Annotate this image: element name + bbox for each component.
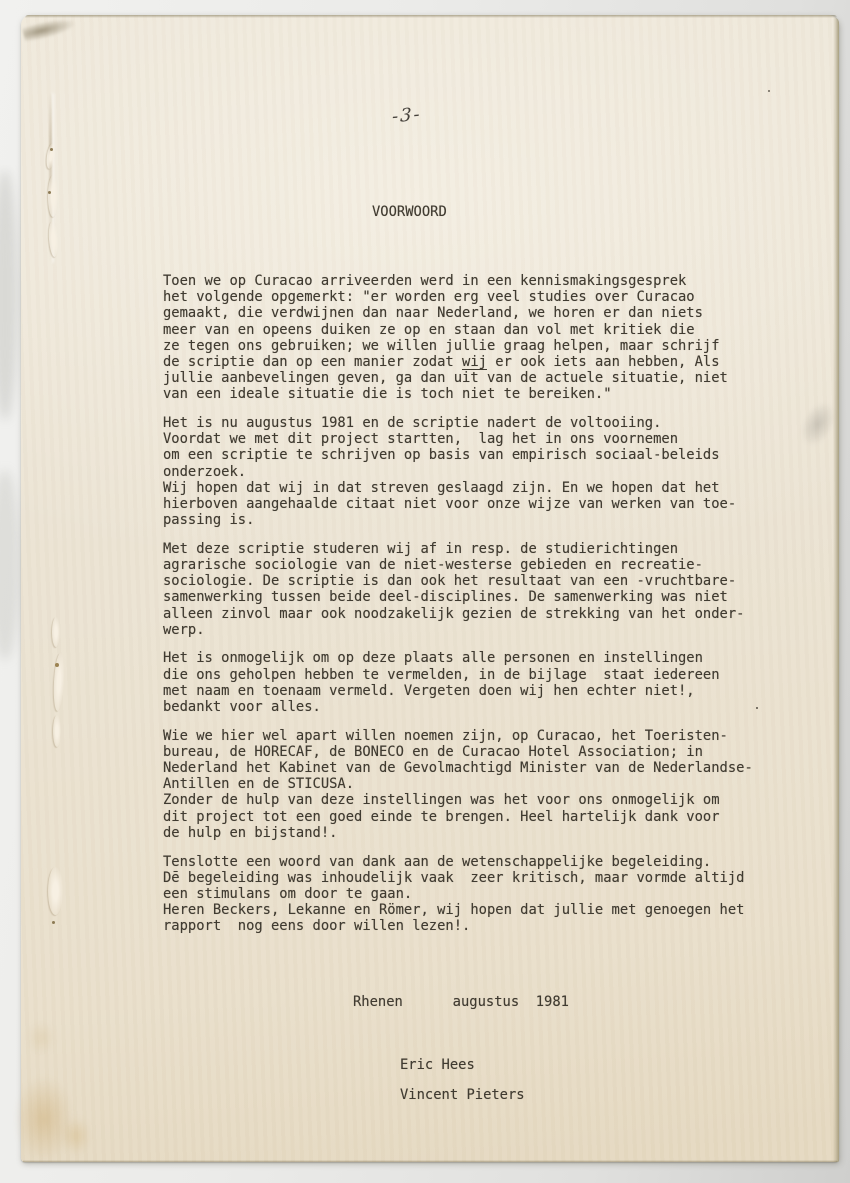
text-segment: er ook iets aan hebben, Als: [487, 354, 720, 370]
text-line: Voordat we met dit project startten, lag…: [163, 431, 783, 447]
ink-speck: [50, 148, 53, 151]
text-line: van een ideale situatie die is toch niet…: [163, 386, 783, 402]
text-line: werp.: [163, 622, 783, 638]
text-line: gemaakt, die verdwijnen dan naar Nederla…: [163, 305, 783, 321]
page-edge-top: [25, 15, 837, 18]
text-line: sociologie. De scriptie is dan ook het r…: [163, 573, 783, 589]
text-line: ze tegen ons gebruiken; we willen jullie…: [163, 338, 783, 354]
text-line: Wij hopen dat wij in dat streven geslaag…: [163, 480, 783, 496]
text-line: dit project tot een goed einde te brenge…: [163, 809, 783, 825]
text-line: de scriptie dan op een manier zodat wij …: [163, 354, 783, 370]
place-date-line: Rhenen augustus 1981: [353, 994, 569, 1010]
text-line: Heren Beckers, Lekanne en Römer, wij hop…: [163, 902, 783, 918]
text-line: onderzoek.: [163, 464, 783, 480]
text-segment: de scriptie dan op een manier zodat: [163, 354, 462, 370]
text-line: samenwerking tussen beide deel-disciplin…: [163, 589, 783, 605]
paper-stain: [27, 1021, 55, 1055]
section-title: VOORWOORD: [372, 204, 447, 220]
text-line: om een scriptie te schrijven op basis va…: [163, 447, 783, 463]
text-line: meer van en opeens duiken ze op en staan…: [163, 322, 783, 338]
text-line: Dē begeleiding was inhoudelijk vaak zeer…: [163, 870, 783, 886]
text-line: die ons geholpen hebben te vermelden, in…: [163, 667, 783, 683]
text-line: Antillen en de STICUSA.: [163, 776, 783, 792]
page-edge-bottom: [23, 1160, 837, 1162]
paragraph: Met deze scriptie studeren wij af in res…: [163, 541, 783, 638]
corner-crease: [22, 15, 76, 42]
binding-damage-mark: [45, 143, 57, 170]
text-line: rapport nog eens door willen lezen!.: [163, 918, 783, 934]
text-line: agrarische sociologie van de niet-wester…: [163, 557, 783, 573]
page-edge-right: [833, 17, 839, 1162]
binding-damage-mark: [52, 653, 65, 711]
text-line: het volgende opgemerkt: "er worden erg v…: [163, 289, 783, 305]
paragraph: Tenslotte een woord van dank aan de wete…: [163, 854, 783, 935]
binding-damage-mark: [48, 867, 63, 915]
paragraph: Het is onmogelijk om op deze plaats alle…: [163, 650, 783, 715]
text-line: Nederland het Kabinet van de Gevolmachti…: [163, 760, 783, 776]
text-line: Zonder de hulp van deze instellingen was…: [163, 792, 783, 808]
scanner-smudge: [0, 470, 20, 660]
handwritten-page-number: -3-: [392, 104, 422, 128]
paper-stain: [61, 1117, 91, 1155]
text-line: Het is onmogelijk om op deze plaats alle…: [163, 650, 783, 666]
binding-damage-mark: [52, 617, 60, 647]
text-line: met naam en toenaam vermeld. Vergeten do…: [163, 683, 783, 699]
text-line: Het is nu augustus 1981 en de scriptie n…: [163, 415, 783, 431]
signature-author-1: Eric Hees: [400, 1057, 475, 1073]
body-text: Toen we op Curacao arriveerden werd in e…: [163, 273, 783, 947]
ink-speck: [55, 663, 59, 667]
ink-speck: [768, 90, 770, 92]
text-line: hierboven aangehaalde citaat niet voor o…: [163, 496, 783, 512]
text-line: jullie aanbevelingen geven, ga dan uit v…: [163, 370, 783, 386]
text-line: alleen zinvol maar ook noodzakelijk gezi…: [163, 606, 783, 622]
document-page: -3- VOORWOORD Toen we op Curacao arrivee…: [21, 15, 839, 1162]
binding-damage-mark: [48, 175, 58, 217]
text-line: bureau, de HORECAF, de BONECO en de Cura…: [163, 744, 783, 760]
text-line: de hulp en bijstand!.: [163, 825, 783, 841]
underlined-text: wij: [462, 354, 487, 370]
text-line: een stimulans om door te gaan.: [163, 886, 783, 902]
scanner-smudge: [0, 170, 18, 420]
text-line: Toen we op Curacao arriveerden werd in e…: [163, 273, 783, 289]
paragraph: Wie we hier wel apart willen noemen zijn…: [163, 728, 783, 841]
ink-speck: [48, 191, 51, 194]
text-line: passing is.: [163, 512, 783, 528]
scanner-background: -3- VOORWOORD Toen we op Curacao arrivee…: [0, 0, 850, 1183]
text-line: Tenslotte een woord van dank aan de wete…: [163, 854, 783, 870]
paragraph: Toen we op Curacao arriveerden werd in e…: [163, 273, 783, 403]
text-line: bedankt voor alles.: [163, 699, 783, 715]
text-line: Wie we hier wel apart willen noemen zijn…: [163, 728, 783, 744]
binding-damage-mark: [53, 715, 61, 747]
ink-speck: [52, 921, 55, 924]
paragraph: Het is nu augustus 1981 en de scriptie n…: [163, 415, 783, 528]
text-line: Met deze scriptie studeren wij af in res…: [163, 541, 783, 557]
signature-author-2: Vincent Pieters: [400, 1087, 525, 1103]
